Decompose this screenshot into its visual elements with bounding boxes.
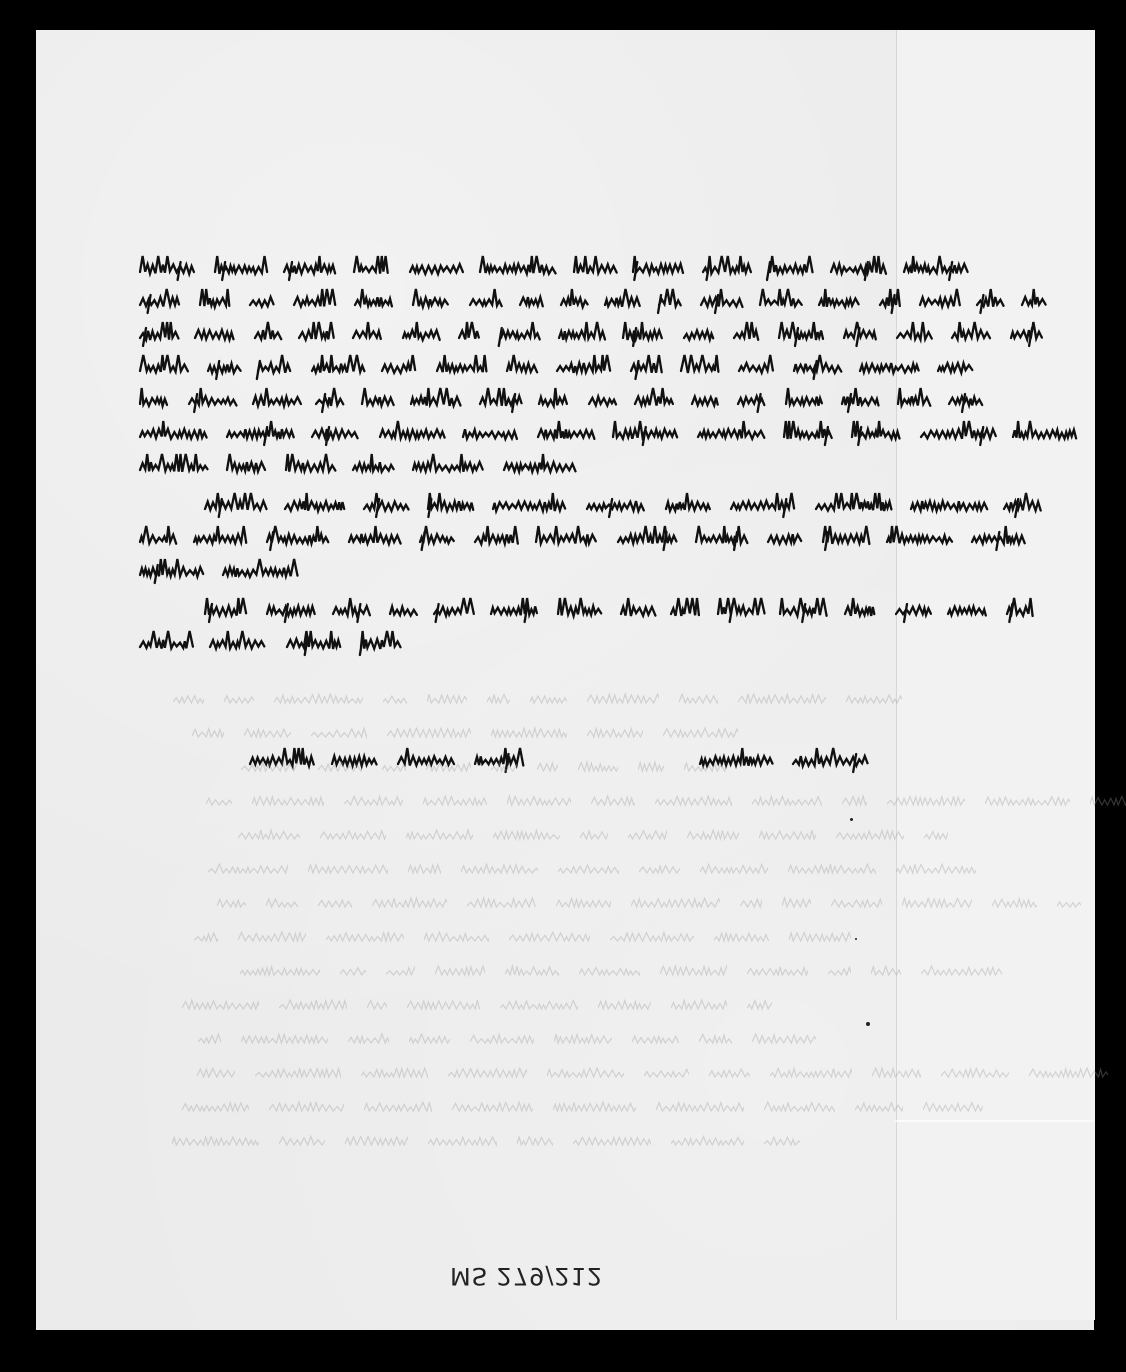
bleed-through-text bbox=[241, 758, 726, 776]
handwritten-word bbox=[1022, 287, 1044, 313]
bleed-through-text bbox=[238, 826, 948, 844]
bleed-through-text bbox=[194, 928, 851, 946]
handwritten-word bbox=[613, 419, 676, 445]
handwritten-word bbox=[140, 629, 188, 655]
handwritten-word bbox=[605, 287, 637, 313]
handwritten-word bbox=[299, 320, 332, 346]
handwritten-word bbox=[189, 386, 231, 412]
handwritten-word bbox=[312, 353, 360, 379]
handwritten-word bbox=[698, 419, 762, 445]
handwritten-word bbox=[703, 254, 748, 280]
handwritten-word bbox=[227, 452, 265, 478]
handwritten-word bbox=[413, 452, 481, 478]
handwritten-word bbox=[842, 386, 876, 412]
handwritten-word bbox=[589, 386, 614, 412]
handwritten-word bbox=[768, 524, 801, 550]
handwritten-word bbox=[920, 287, 955, 313]
handwritten-word bbox=[491, 596, 535, 622]
handwritten-word bbox=[816, 491, 888, 517]
handwritten-word bbox=[208, 353, 236, 379]
handwritten-word bbox=[911, 491, 982, 517]
handwritten-word bbox=[501, 320, 537, 346]
handwritten-word bbox=[353, 452, 392, 478]
handwritten-word bbox=[557, 353, 610, 379]
handwritten-word bbox=[1011, 320, 1037, 346]
handwritten-word bbox=[258, 353, 290, 379]
handwritten-word bbox=[437, 353, 486, 379]
handwritten-word bbox=[631, 353, 659, 379]
handwritten-word bbox=[413, 287, 447, 313]
handwritten-word bbox=[734, 320, 757, 346]
handwritten-word bbox=[361, 629, 398, 655]
folded-page-edge bbox=[896, 30, 1095, 1320]
bleed-through-text bbox=[217, 894, 1081, 912]
handwritten-word bbox=[205, 596, 245, 622]
handwritten-word bbox=[205, 491, 263, 517]
handwritten-word bbox=[493, 491, 565, 517]
handwritten-word bbox=[938, 353, 966, 379]
handwritten-word bbox=[558, 596, 599, 622]
handwritten-word bbox=[316, 386, 339, 412]
handwritten-word bbox=[294, 287, 332, 313]
handwritten-word bbox=[701, 287, 738, 313]
handwritten-word bbox=[284, 254, 333, 280]
handwritten-word bbox=[972, 524, 1020, 550]
handwritten-word bbox=[852, 419, 899, 445]
paper-crease bbox=[895, 1120, 1094, 1122]
handwritten-word bbox=[463, 419, 515, 445]
closing-place-date: Schleswig, den [illegible] Sept. 1850. bbox=[0, 0, 1, 1]
text-line bbox=[140, 287, 1044, 313]
handwritten-word bbox=[253, 386, 295, 412]
signature: Wilh. Olshausen. bbox=[0, 0, 1, 1]
ink-speck bbox=[850, 818, 853, 821]
handwritten-word bbox=[574, 254, 611, 280]
handwritten-word bbox=[480, 386, 517, 412]
handwritten-word bbox=[823, 524, 865, 550]
handwritten-word bbox=[267, 524, 327, 550]
handwritten-word bbox=[948, 596, 984, 622]
text-line bbox=[140, 557, 296, 583]
handwritten-word bbox=[949, 386, 977, 412]
handwritten-word bbox=[921, 419, 991, 445]
handwritten-word bbox=[760, 287, 797, 313]
handwritten-word bbox=[819, 287, 858, 313]
handwritten-word bbox=[696, 524, 746, 550]
handwritten-word bbox=[140, 386, 167, 412]
handwritten-word bbox=[140, 557, 201, 583]
ink-speck bbox=[855, 938, 857, 940]
handwritten-word bbox=[140, 452, 205, 478]
handwritten-word bbox=[538, 419, 591, 445]
handwritten-word bbox=[285, 491, 342, 517]
handwritten-word bbox=[731, 491, 794, 517]
handwritten-word bbox=[349, 524, 398, 550]
handwritten-word bbox=[140, 254, 193, 280]
bleed-through-text bbox=[206, 792, 1126, 810]
text-line bbox=[140, 452, 574, 478]
handwritten-word bbox=[784, 419, 830, 445]
handwritten-word bbox=[904, 254, 962, 280]
handwritten-word bbox=[786, 386, 820, 412]
handwritten-word bbox=[353, 320, 380, 346]
handwritten-word bbox=[831, 254, 882, 280]
handwritten-word bbox=[411, 386, 457, 412]
handwritten-word bbox=[507, 353, 534, 379]
bleed-through-text bbox=[197, 1064, 1107, 1082]
handwritten-word bbox=[354, 254, 387, 280]
handwritten-word bbox=[210, 629, 264, 655]
bleed-through-text bbox=[182, 996, 772, 1014]
handwritten-word bbox=[844, 320, 875, 346]
shelfmark: MS 279/212 bbox=[450, 1262, 603, 1290]
text-line bbox=[140, 524, 1021, 550]
handwritten-word bbox=[623, 320, 661, 346]
handwritten-word bbox=[333, 596, 368, 622]
handwritten-word bbox=[520, 287, 539, 313]
handwritten-word bbox=[898, 386, 927, 412]
handwritten-word bbox=[215, 254, 262, 280]
handwritten-word bbox=[504, 452, 575, 478]
handwritten-word bbox=[140, 320, 173, 346]
handwritten-word bbox=[779, 320, 821, 346]
bleed-through-text bbox=[208, 860, 975, 878]
handwritten-word bbox=[267, 596, 311, 622]
handwritten-word bbox=[887, 524, 950, 550]
handwritten-word bbox=[390, 596, 413, 622]
handwritten-word bbox=[428, 491, 471, 517]
handwritten-word bbox=[140, 353, 186, 379]
handwritten-word bbox=[250, 287, 272, 313]
handwritten-word bbox=[539, 386, 567, 412]
handwritten-word bbox=[287, 629, 340, 655]
handwritten-word bbox=[434, 596, 469, 622]
handwritten-word bbox=[227, 419, 290, 445]
handwritten-word bbox=[794, 353, 838, 379]
handwritten-word bbox=[536, 524, 596, 550]
text-line bbox=[140, 353, 966, 379]
handwritten-word bbox=[681, 353, 716, 379]
handwritten-word bbox=[195, 320, 233, 346]
handwritten-word bbox=[140, 287, 178, 313]
bleed-through-text bbox=[182, 1098, 983, 1116]
handwritten-word bbox=[380, 419, 442, 445]
handwritten-word bbox=[633, 254, 681, 280]
handwritten-word bbox=[880, 287, 898, 313]
handwritten-word bbox=[739, 353, 772, 379]
handwritten-word bbox=[223, 557, 297, 583]
handwritten-word bbox=[780, 596, 823, 622]
bleed-through-text bbox=[173, 690, 902, 708]
handwritten-word bbox=[410, 254, 458, 280]
handwritten-word bbox=[659, 287, 679, 313]
handwritten-word bbox=[635, 386, 670, 412]
handwritten-word bbox=[470, 287, 498, 313]
handwritten-word bbox=[896, 596, 927, 622]
handwritten-word bbox=[845, 596, 873, 622]
ink-speck bbox=[866, 1022, 870, 1026]
handwritten-word bbox=[770, 254, 809, 280]
handwritten-word bbox=[587, 491, 644, 517]
handwritten-word bbox=[286, 452, 330, 478]
handwritten-word bbox=[977, 287, 1001, 313]
handwritten-word bbox=[618, 524, 675, 550]
handwritten-word bbox=[140, 419, 205, 445]
handwritten-word bbox=[459, 320, 479, 346]
handwritten-word bbox=[312, 419, 357, 445]
handwritten-word bbox=[420, 524, 453, 550]
handwritten-word bbox=[382, 353, 415, 379]
handwritten-word bbox=[255, 320, 277, 346]
handwritten-word bbox=[738, 386, 764, 412]
handwritten-word bbox=[355, 287, 392, 313]
bleed-through-text bbox=[198, 1030, 817, 1048]
handwritten-word bbox=[140, 524, 172, 550]
text-line bbox=[140, 629, 398, 655]
handwritten-word bbox=[480, 254, 552, 280]
bleed-through-text bbox=[192, 724, 738, 742]
handwritten-word bbox=[718, 596, 758, 622]
text-line bbox=[140, 320, 1037, 346]
handwritten-word bbox=[364, 491, 407, 517]
handwritten-word bbox=[621, 596, 649, 622]
handwritten-word bbox=[1013, 419, 1076, 445]
handwritten-word bbox=[561, 287, 584, 313]
bleed-through-text bbox=[172, 1132, 800, 1150]
text-line bbox=[140, 419, 1076, 445]
text-line bbox=[140, 254, 962, 280]
handwritten-word bbox=[194, 524, 244, 550]
handwritten-word bbox=[559, 320, 601, 346]
handwritten-word bbox=[362, 386, 390, 412]
handwritten-word bbox=[684, 320, 713, 346]
handwritten-word bbox=[666, 491, 710, 517]
handwritten-word bbox=[1004, 491, 1040, 517]
handwritten-word bbox=[860, 353, 916, 379]
handwritten-word bbox=[793, 746, 862, 772]
handwritten-word bbox=[200, 287, 228, 313]
bleed-through-text bbox=[240, 962, 1002, 980]
text-line bbox=[140, 386, 977, 412]
handwritten-word bbox=[1007, 596, 1031, 622]
text-line bbox=[205, 596, 1031, 622]
handwritten-word bbox=[403, 320, 438, 346]
handwritten-word bbox=[475, 524, 514, 550]
text-line bbox=[205, 491, 1040, 517]
handwritten-word bbox=[897, 320, 930, 346]
handwritten-word bbox=[692, 386, 716, 412]
handwritten-word bbox=[952, 320, 989, 346]
handwritten-word bbox=[671, 596, 696, 622]
